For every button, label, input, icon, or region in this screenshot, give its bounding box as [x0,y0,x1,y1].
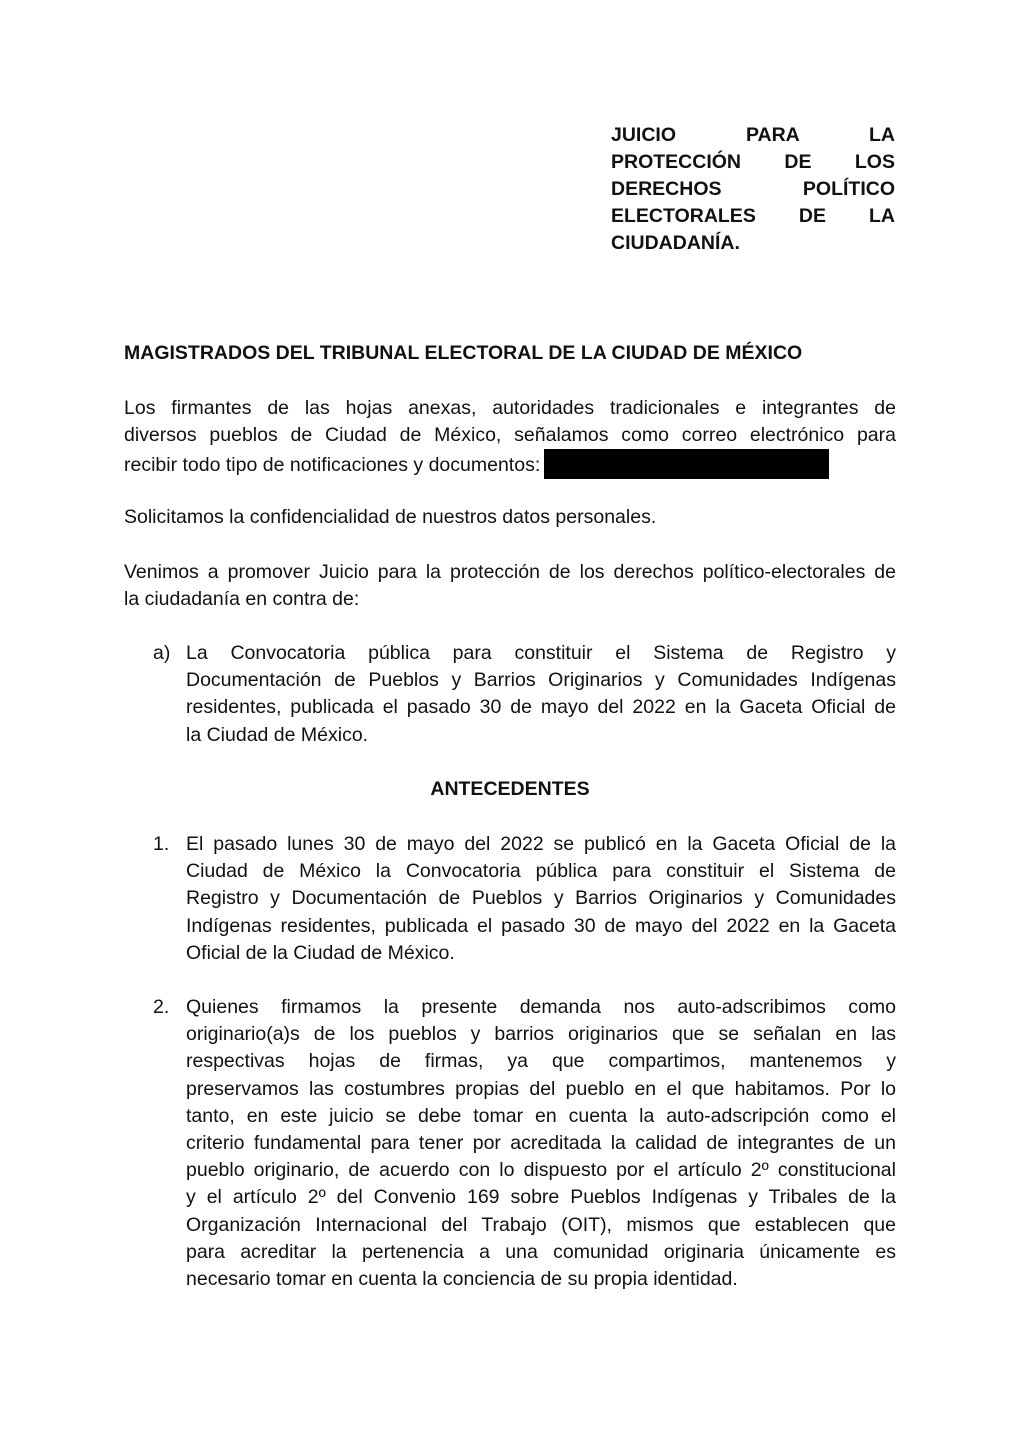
paragraph-line: tanto, en este juicio se debe tomar en c… [186,1103,896,1130]
paragraph-line: Registro y Documentación de Pueblos y Ba… [186,885,896,912]
antecedente-item-body: El pasado lunes 30 de mayo del 2022 se p… [186,831,896,967]
claim-paragraph: Venimos a promover Juicio para la protec… [124,559,896,613]
case-heading-line: DERECHOS POLÍTICO [611,176,895,203]
paragraph-line: originario(a)s de los pueblos y barrios … [186,1021,896,1048]
case-heading-line: CIUDADANÍA. [611,230,895,257]
paragraph-line: Oficial de la Ciudad de México. [186,940,896,967]
paragraph-line: la ciudadanía en contra de: [124,586,896,613]
paragraph-line: criterio fundamental para tener por acre… [186,1130,896,1157]
claim-item-body: La Convocatoria pública para constituir … [186,640,896,749]
list-marker: 2. [153,994,169,1021]
paragraph-line: Solicitamos la confidencialidad de nuest… [124,504,896,531]
confidentiality-paragraph: Solicitamos la confidencialidad de nuest… [124,504,896,531]
paragraph-line: La Convocatoria pública para constituir … [186,640,896,667]
paragraph-line: Indígenas residentes, publicada el pasad… [186,913,896,940]
list-marker: 1. [153,831,169,858]
section-title-antecedentes: ANTECEDENTES [0,776,1020,803]
paragraph-line: diversos pueblos de Ciudad de México, se… [124,422,896,449]
paragraph-line: la Ciudad de México. [186,722,896,749]
case-heading: JUICIO PARA LA PROTECCIÓN DE LOS DERECHO… [611,122,895,257]
paragraph-line: necesario tomar en cuenta la conciencia … [186,1266,896,1293]
antecedente-item: 1. El pasado lunes 30 de mayo del 2022 s… [150,831,896,967]
paragraph-line: preservamos las costumbres propias del p… [186,1076,896,1103]
list-marker: a) [153,640,170,667]
paragraph-line: y el artículo 2º del Convenio 169 sobre … [186,1184,896,1211]
document-page: JUICIO PARA LA PROTECCIÓN DE LOS DERECHO… [0,0,1024,1446]
paragraph-line: El pasado lunes 30 de mayo del 2022 se p… [186,831,896,858]
addressee-heading: MAGISTRADOS DEL TRIBUNAL ELECTORAL DE LA… [124,340,904,367]
paragraph-line: pueblo originario, de acuerdo con lo dis… [186,1157,896,1184]
paragraph-line: residentes, publicada el pasado 30 de ma… [186,694,896,721]
antecedente-item-body: Quienes firmamos la presente demanda nos… [186,994,896,1293]
paragraph-line: Los firmantes de las hojas anexas, autor… [124,395,896,422]
paragraph-line: recibir todo tipo de notificaciones y do… [124,449,896,479]
case-heading-line: ELECTORALES DE LA [611,203,895,230]
paragraph-line: Quienes firmamos la presente demanda nos… [186,994,896,1021]
paragraph-line: Ciudad de México la Convocatoria pública… [186,858,896,885]
paragraph-line: respectivas hojas de firmas, ya que comp… [186,1048,896,1075]
redacted-email-block [544,449,829,479]
paragraph-line-text: recibir todo tipo de notificaciones y do… [124,454,540,476]
paragraph-line: para acreditar la pertenencia a una comu… [186,1239,896,1266]
claim-item: a) La Convocatoria pública para constitu… [150,640,896,749]
paragraph-line: Organización Internacional del Trabajo (… [186,1212,896,1239]
case-heading-line: PROTECCIÓN DE LOS [611,149,895,176]
paragraph-line: Venimos a promover Juicio para la protec… [124,559,896,586]
antecedente-item: 2. Quienes firmamos la presente demanda … [150,994,896,1293]
intro-paragraph: Los firmantes de las hojas anexas, autor… [124,395,896,480]
case-heading-line: JUICIO PARA LA [611,122,895,149]
paragraph-line: Documentación de Pueblos y Barrios Origi… [186,667,896,694]
